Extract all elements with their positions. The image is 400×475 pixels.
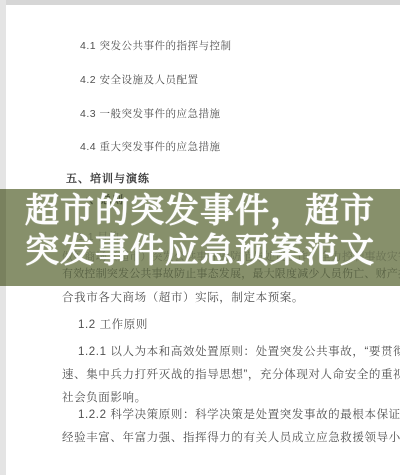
body-p121-line1: 1.2.1 以人为本和高效处置原则：处置突发公共事故，“要贯彻救人第一和准确、迅 xyxy=(78,343,400,359)
body-continuation-line: 合我市各大商场（超市）实际，制定本预案。 xyxy=(62,289,304,305)
page-top-edge xyxy=(0,0,400,5)
body-p121-line3: 社会负面影响。 xyxy=(62,389,147,405)
toc-item-4-1: 4.1 突发公共事件的指挥与控制 xyxy=(80,38,232,53)
article-title-line1: 超市的突发事件，超市 xyxy=(0,191,400,231)
article-title-line2: 突发事件应急预案范文 xyxy=(0,231,400,271)
toc-item-4-3: 4.3 一般突发事件的应急措施 xyxy=(80,106,221,121)
toc-item-4-4: 4.4 重大突发事件的应急措施 xyxy=(80,139,221,154)
title-overlay-banner: 一、总则 1.1 目的 做好商场（超市）突发公共事件的防范与处置工作，全力控制事… xyxy=(0,189,400,286)
body-p121-line2: 速、集中兵力打歼灭战的指导思想”，充分体现对人命安全的重视；快速高效处置，减少 xyxy=(62,366,400,382)
article-title: 超市的突发事件，超市 突发事件应急预案范文 xyxy=(0,189,400,271)
document-page: 4.1 突发公共事件的指挥与控制 4.2 安全设施及人员配置 4.3 一般突发事… xyxy=(0,0,400,475)
body-p122-line1: 1.2.2 科学决策原则：科学决策是处置突发事故的最根本保证。遵循这一原则，组织 xyxy=(78,406,400,422)
body-heading-1-2: 1.2 工作原则 xyxy=(78,316,148,332)
toc-section-5: 五、培训与演练 xyxy=(66,170,150,186)
body-p122-line2: 经验丰富、年富力强、指挥得力的有关人员成立应急救援领导小组，组建战斗力强的应 xyxy=(62,429,400,445)
toc-item-4-2: 4.2 安全设施及人员配置 xyxy=(80,72,199,87)
